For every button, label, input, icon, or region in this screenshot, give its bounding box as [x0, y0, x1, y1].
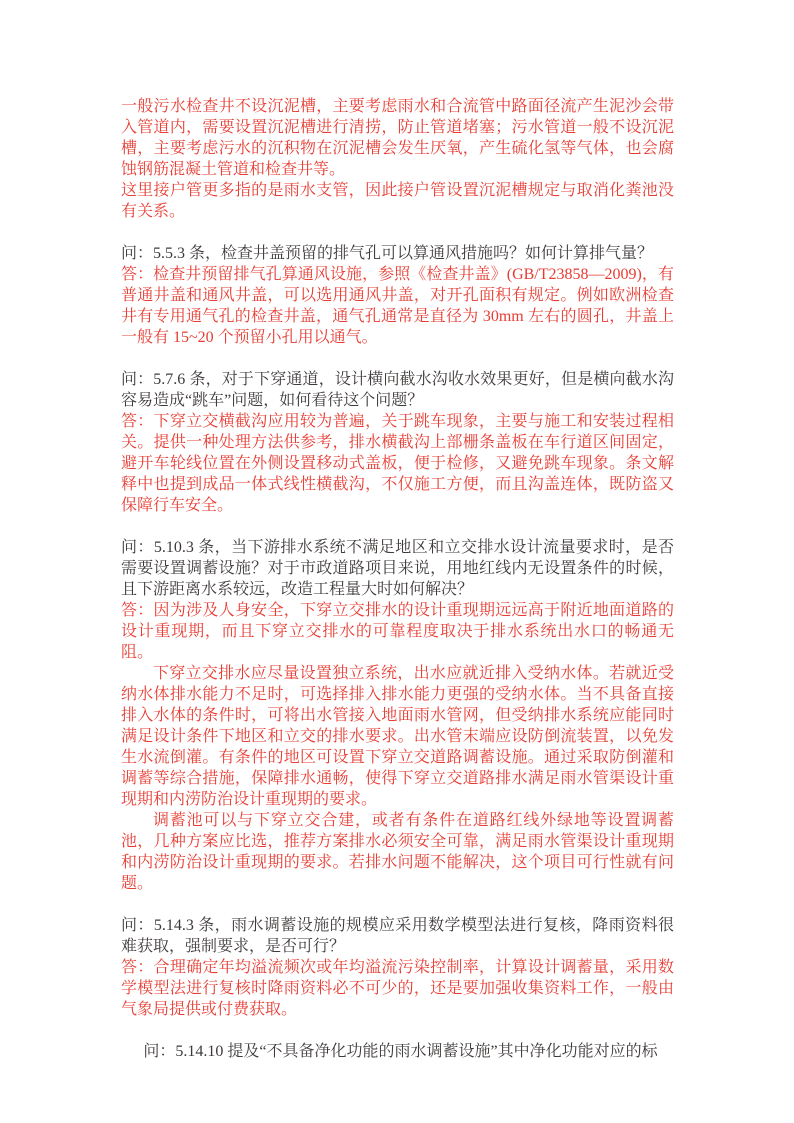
- answer-paragraph: 下穿立交排水应尽量设置独立系统，出水应就近排入受纳水体。若就近受纳水体排水能力不…: [121, 663, 674, 810]
- question-paragraph: 问：5.7.6 条，对于下穿通道，设计横向截水沟收水效果更好，但是横向截水沟容易…: [121, 369, 674, 411]
- qa-block-5-10-3: 问：5.10.3 条，当下游排水系统不满足地区和立交排水设计流量要求时，是否需要…: [121, 537, 674, 894]
- question-paragraph: 问：5.14.10 提及“不具备净化功能的雨水调蓄设施”其中净化功能对应的标: [121, 1041, 674, 1062]
- answer-paragraph: 答：下穿立交横截沟应用较为普遍，关于跳车现象，主要与施工和安装过程相关。提供一种…: [121, 411, 674, 516]
- answer-paragraph: 答：因为涉及人身安全，下穿立交排水的设计重现期远远高于附近地面道路的设计重现期，…: [121, 600, 674, 663]
- qa-block-5-7-6: 问：5.7.6 条，对于下穿通道，设计横向截水沟收水效果更好，但是横向截水沟容易…: [121, 369, 674, 516]
- question-paragraph: 问：5.10.3 条，当下游排水系统不满足地区和立交排水设计流量要求时，是否需要…: [121, 537, 674, 600]
- qa-block-5-14-3: 问：5.14.3 条，雨水调蓄设施的规模应采用数学模型法进行复核，降雨资料很难获…: [121, 915, 674, 1020]
- answer-paragraph: 答：合理确定年均溢流频次或年均溢流污染控制率，计算设计调蓄量，采用数学模型法进行…: [121, 957, 674, 1020]
- answer-paragraph: 答：检查井预留排气孔算通风设施，参照《检查井盖》(GB/T23858—2009)…: [121, 264, 674, 348]
- answer-paragraph: 这里接户管更多指的是雨水支管，因此接户管设置沉泥槽规定与取消化粪池没有关系。: [121, 180, 674, 222]
- question-paragraph: 问：5.5.3 条，检查井盖预留的排气孔可以算通风措施吗？如何计算排气量？: [121, 243, 674, 264]
- qa-block-5-5-3: 问：5.5.3 条，检查井盖预留的排气孔可以算通风措施吗？如何计算排气量？ 答：…: [121, 243, 674, 348]
- answer-paragraph: 调蓄池可以与下穿立交合建，或者有条件在道路红线外绿地等设置调蓄池，几种方案应比选…: [121, 810, 674, 894]
- qa-block-5-14-10: 问：5.14.10 提及“不具备净化功能的雨水调蓄设施”其中净化功能对应的标: [121, 1041, 674, 1062]
- answer-continuation-block: 一般污水检查井不设沉泥槽，主要考虑雨水和合流管中路面径流产生泥沙会带入管道内，需…: [121, 96, 674, 222]
- question-paragraph: 问：5.14.3 条，雨水调蓄设施的规模应采用数学模型法进行复核，降雨资料很难获…: [121, 915, 674, 957]
- document-page: 一般污水检查井不设沉泥槽，主要考虑雨水和合流管中路面径流产生泥沙会带入管道内，需…: [0, 0, 794, 1123]
- answer-paragraph: 一般污水检查井不设沉泥槽，主要考虑雨水和合流管中路面径流产生泥沙会带入管道内，需…: [121, 96, 674, 180]
